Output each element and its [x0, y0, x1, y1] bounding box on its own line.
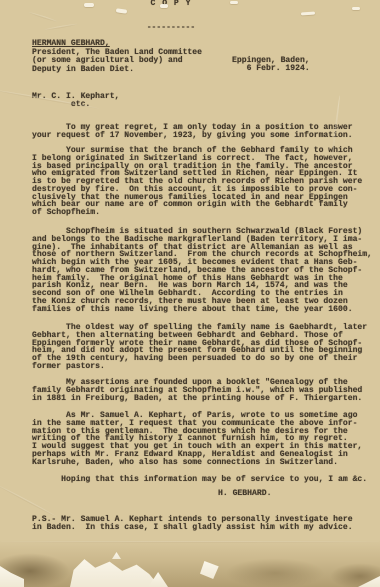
- sender-title: President, The Baden Land Committee (or …: [32, 49, 202, 74]
- postscript: P.S.- Mr. Samuel A. Kephart intends to p…: [32, 516, 353, 532]
- paper-scuff: [301, 12, 315, 16]
- paper-crease: [0, 484, 58, 519]
- paragraph-2: Your surmise that the branch of the Gebh…: [32, 147, 362, 217]
- paper-stain: [225, 558, 325, 587]
- paragraph-4: The oldest way of spelling the family na…: [32, 324, 367, 371]
- paragraph-5: My assertions are founded upon a booklet…: [32, 379, 362, 402]
- scanned-letter-page: C O P Y ---------- HERMANN GEBHARD, Pres…: [0, 0, 380, 587]
- paper-scuff: [84, 3, 94, 7]
- paragraph-3: Schopfheim is situated in southern Schwa…: [32, 228, 372, 313]
- signature: H. GEBHARD.: [218, 490, 271, 498]
- paper-scuff: [230, 1, 238, 4]
- copy-label: C O P Y: [0, 0, 342, 8]
- paper-scuff: [160, 4, 168, 8]
- closing-line: Hoping that this information may be of s…: [32, 476, 367, 484]
- dateline: Eppingen, Baden, 6 Febr. 1924.: [232, 57, 310, 74]
- paragraph-6: As Mr. Samuel A. Kephart, of Paris, wrot…: [32, 412, 362, 466]
- paper-scuff: [352, 7, 360, 10]
- recipient-address: Mr. C. I. Kephart, etc.: [32, 93, 119, 110]
- paper-scuff: [116, 8, 127, 13]
- paragraph-1: To my great regret, I am only today in a…: [32, 124, 353, 140]
- paper-crease: [28, 11, 57, 22]
